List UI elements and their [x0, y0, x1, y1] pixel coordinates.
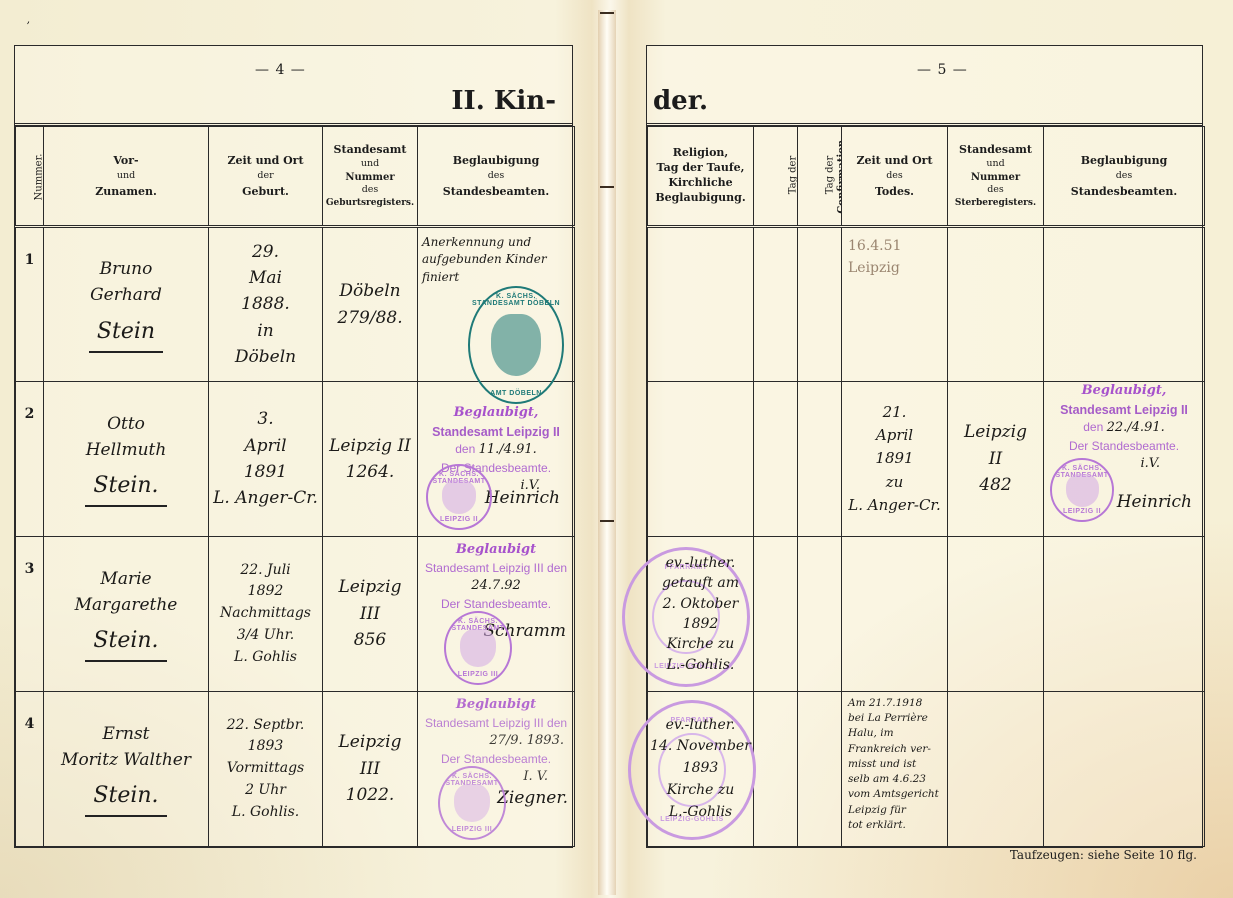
- table-row: 2 Otto Hellmuth Stein. 3. April 1891 L. …: [16, 382, 575, 537]
- death-certification-cell: Beglaubigt, Standesamt Leipzig II den 22…: [1044, 382, 1205, 537]
- school-cell: [754, 692, 798, 847]
- row-number: 2: [16, 382, 44, 537]
- religion-info: ev.-luther. 14. November 1893 Kirche zu …: [648, 715, 753, 823]
- crest-icon: [442, 480, 476, 514]
- right-page: — 5 — der. Religion, Tag der Taufe, Kirc…: [646, 45, 1203, 848]
- children-life-events-table: Religion, Tag der Taufe, Kirchliche Begl…: [647, 126, 1205, 847]
- surname: Stein.: [85, 469, 166, 507]
- row-number: 4: [16, 692, 44, 847]
- crown-crest-icon: [491, 314, 542, 377]
- death-info: Am 21.7.1918 bei La Perrière Halu, im Fr…: [848, 696, 947, 833]
- death-certification-cell: [1044, 537, 1205, 692]
- official-signature: Heinrich: [1117, 492, 1192, 512]
- registry-info: Döbeln 279/88.: [323, 278, 417, 331]
- binding-stitch: [600, 12, 614, 14]
- left-page: — 4 — II. Kin- Nummer. Vor- und Zunamen.…: [14, 45, 573, 848]
- death-registry-cell: [948, 227, 1044, 382]
- registry-cell: Leipzig III 856: [323, 537, 418, 692]
- confirmation-cell: [798, 382, 842, 537]
- official-signature: Heinrich: [485, 488, 560, 508]
- registry-cell: Leipzig III 1022.: [323, 692, 418, 847]
- name-cell: Otto Hellmuth Stein.: [44, 382, 209, 537]
- corner-mark: ʼ: [26, 20, 30, 33]
- registry-info: Leipzig III 856: [323, 574, 417, 653]
- table-row: 1 Bruno Gerhard Stein 29. Mai 1888. in D…: [16, 227, 575, 382]
- birth-cell: 3. April 1891 L. Anger-Cr.: [209, 382, 323, 537]
- birth-info: 3. April 1891 L. Anger-Cr.: [209, 406, 322, 511]
- section-title: II. Kin-: [451, 86, 556, 116]
- religion-cell: PFARRAMT LEIPZIG-GOHLIS ev.-luther. geta…: [648, 537, 754, 692]
- birth-info: 22. Juli 1892 Nachmittags 3/4 Uhr. L. Go…: [209, 560, 322, 668]
- religion-cell: [648, 227, 754, 382]
- standesamt-doebeln-stamp: K. SÄCHS. STANDESAMT DÖBELN AMT DÖBELN: [468, 286, 564, 404]
- certification-stamp-text: Beglaubigt Standesamt Leipzig III den 24…: [422, 541, 570, 613]
- surname: Stein: [89, 315, 163, 353]
- col-header-school-admission: Tag der Schulaufnahme.: [754, 127, 798, 227]
- left-page-header: — 4 — II. Kin-: [15, 46, 572, 126]
- col-header-death: Zeit und Ort des Todes.: [842, 127, 948, 227]
- table-row: 16.4.51 Leipzig: [648, 227, 1205, 382]
- table-row: 4 Ernst Moritz Walther Stein. 22. Septbr…: [16, 692, 575, 847]
- crest-icon: [1066, 474, 1099, 507]
- page-number: — 5 —: [917, 62, 968, 78]
- death-registry-cell: [948, 537, 1044, 692]
- standesamt-leipzig-stamp: K. SÄCHS. STANDESAMT LEIPZIG III: [444, 611, 512, 685]
- birth-cell: 22. Juli 1892 Nachmittags 3/4 Uhr. L. Go…: [209, 537, 323, 692]
- col-header-certification: Beglaubigung des Standesbeamten.: [418, 127, 575, 227]
- col-header-death-registry: Standesamt und Nummer des Sterberegister…: [948, 127, 1044, 227]
- col-header-birth: Zeit und Ort der Geburt.: [209, 127, 323, 227]
- religion-cell: PFARRAMT LEIPZIG-GOHLIS ev.-luther. 14. …: [648, 692, 754, 847]
- table-row: PFARRAMT LEIPZIG-GOHLIS ev.-luther. geta…: [648, 537, 1205, 692]
- death-certification-cell: [1044, 227, 1205, 382]
- confirmation-cell: [798, 692, 842, 847]
- confirmation-cell: [798, 227, 842, 382]
- official-signature: Ziegner.: [497, 788, 568, 808]
- col-header-nummer: Nummer.: [16, 127, 44, 227]
- birth-cell: 29. Mai 1888. in Döbeln: [209, 227, 323, 382]
- standesamt-leipzig-stamp: K. SÄCHS. STANDESAMT LEIPZIG II: [426, 464, 492, 530]
- registry-cell: Leipzig II 1264.: [323, 382, 418, 537]
- name-cell: Ernst Moritz Walther Stein.: [44, 692, 209, 847]
- col-header-death-certification: Beglaubigung des Standesbeamten.: [1044, 127, 1205, 227]
- registry-cell: Döbeln 279/88.: [323, 227, 418, 382]
- table-row: 3 Marie Margarethe Stein. 22. Juli 1892 …: [16, 537, 575, 692]
- col-header-registry: Standesamt und Nummer des Geburtsregiste…: [323, 127, 418, 227]
- section-title: der.: [653, 86, 708, 116]
- certification-cell: Beglaubigt Standesamt Leipzig III den 24…: [418, 537, 575, 692]
- school-cell: [754, 537, 798, 692]
- table-row: PFARRAMT LEIPZIG-GOHLIS ev.-luther. 14. …: [648, 692, 1205, 847]
- given-names: Ernst Moritz Walther: [61, 721, 191, 774]
- header-row: Religion, Tag der Taufe, Kirchliche Begl…: [648, 127, 1205, 227]
- crest-icon: [460, 629, 495, 668]
- row-number: 1: [16, 227, 44, 382]
- death-cell: 16.4.51 Leipzig: [842, 227, 948, 382]
- table-row: 21. April 1891 zu L. Anger-Cr. Leipzig I…: [648, 382, 1205, 537]
- name-cell: Bruno Gerhard Stein: [44, 227, 209, 382]
- birth-cell: 22. Septbr. 1893 Vormittags 2 Uhr L. Goh…: [209, 692, 323, 847]
- surname: Stein.: [85, 779, 166, 817]
- certification-cell: Beglaubigt Standesamt Leipzig III den 27…: [418, 692, 575, 847]
- school-cell: [754, 382, 798, 537]
- given-names: Bruno Gerhard: [90, 256, 162, 309]
- name-cell: Marie Margarethe Stein.: [44, 537, 209, 692]
- surname: Stein.: [85, 624, 166, 662]
- right-page-header: — 5 — der.: [647, 46, 1202, 126]
- school-cell: [754, 227, 798, 382]
- confirmation-cell: [798, 537, 842, 692]
- registry-info: Leipzig II 1264.: [323, 433, 417, 486]
- binding-stitch: [600, 520, 614, 522]
- registry-info: Leipzig III 1022.: [323, 729, 417, 808]
- death-registry-cell: Leipzig II 482: [948, 382, 1044, 537]
- death-info: 16.4.51 Leipzig: [848, 236, 947, 279]
- birth-info: 29. Mai 1888. in Döbeln: [209, 239, 322, 371]
- crest-icon: [454, 784, 489, 823]
- religion-cell: [648, 382, 754, 537]
- certification-cell: Beglaubigt, Standesamt Leipzig II den 11…: [418, 382, 575, 537]
- row-number: 3: [16, 537, 44, 692]
- certification-handwriting: Anerkennung und aufgebunden Kinder finie…: [422, 234, 572, 286]
- death-cell: [842, 537, 948, 692]
- footer-note: Taufzeugen: siehe Seite 10 flg.: [1010, 848, 1197, 862]
- given-names: Marie Margarethe: [75, 566, 178, 619]
- col-header-name: Vor- und Zunamen.: [44, 127, 209, 227]
- death-registry-cell: [948, 692, 1044, 847]
- col-header-confirmation: Tag der Confirmation.: [798, 127, 842, 227]
- death-registry-info: Leipzig II 482: [948, 419, 1043, 498]
- certification-cell: Anerkennung und aufgebunden Kinder finie…: [418, 227, 575, 382]
- death-cell: 21. April 1891 zu L. Anger-Cr.: [842, 382, 948, 537]
- children-birth-table: Nummer. Vor- und Zunamen. Zeit und Ort d…: [15, 126, 575, 847]
- standesamt-leipzig-stamp: K. SÄCHS. STANDESAMT LEIPZIG III: [438, 766, 506, 840]
- col-header-religion: Religion, Tag der Taufe, Kirchliche Begl…: [648, 127, 754, 227]
- death-cell: Am 21.7.1918 bei La Perrière Halu, im Fr…: [842, 692, 948, 847]
- death-info: 21. April 1891 zu L. Anger-Cr.: [842, 401, 947, 517]
- religion-info: ev.-luther. getauft am 2. Oktober 1892 K…: [648, 553, 753, 675]
- book-gutter: [598, 10, 616, 895]
- page-number: — 4 —: [255, 62, 306, 78]
- given-names: Otto Hellmuth: [86, 411, 167, 464]
- death-certification-cell: [1044, 692, 1205, 847]
- binding-stitch: [600, 186, 614, 188]
- header-row: Nummer. Vor- und Zunamen. Zeit und Ort d…: [16, 127, 575, 227]
- birth-info: 22. Septbr. 1893 Vormittags 2 Uhr L. Goh…: [209, 715, 322, 823]
- standesamt-leipzig-stamp: K. SÄCHS. STANDESAMT LEIPZIG II: [1050, 458, 1114, 522]
